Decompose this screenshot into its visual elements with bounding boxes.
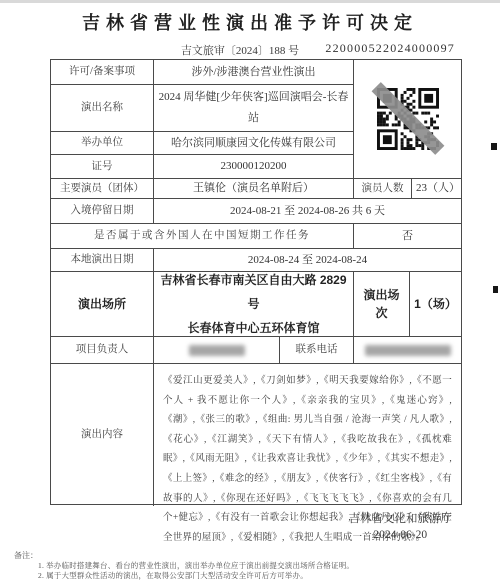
organizer-value: 哈尔滨同顺康园文化传媒有限公司: [153, 132, 353, 154]
organizer-label: 举办单位: [51, 132, 153, 154]
right-edge-artifact: [493, 286, 498, 293]
redaction-blur: [365, 345, 451, 356]
permit-item-label: 许可/备案事项: [51, 60, 153, 84]
content-value: 《爱江山更爱美人》,《刀剑如梦》,《明天我要嫁给你》,《不愿一个人 + 我不愿让…: [153, 364, 461, 506]
performer-count-label: 演员人数: [353, 179, 411, 198]
right-edge-artifact: [491, 143, 497, 150]
sessions-value: 1（场）: [409, 272, 461, 336]
sessions-label: 演出场次: [353, 272, 409, 336]
cert-no-value: 230000120200: [153, 155, 353, 178]
table-row: 许可/备案事项 涉外/涉港澳台营业性演出: [51, 60, 353, 84]
performers-label: 主要演员（团体）: [51, 179, 153, 198]
content-label: 演出内容: [51, 364, 153, 506]
table-row: 演出场所 吉林省长春市南关区自由大路 2829 号 长春体育中心五环体育馆 演出…: [51, 271, 461, 336]
page-title: 吉林省营业性演出准予许可决定: [0, 9, 500, 35]
table-row: 演出名称 2024 周华健[少年侠客]巡回演唱会-长春站: [51, 84, 353, 131]
show-name-value: 2024 周华健[少年侠客]巡回演唱会-长春站: [153, 85, 353, 131]
notes-label: 备注：: [14, 551, 354, 561]
venue-value: 吉林省长春市南关区自由大路 2829 号 长春体育中心五环体育馆: [153, 272, 353, 336]
table-row: 举办单位 哈尔滨同顺康园文化传媒有限公司: [51, 131, 353, 154]
performer-count-value: 23（人）: [411, 179, 461, 198]
foreign-task-value: 否: [353, 224, 461, 248]
cert-no-label: 证号: [51, 155, 153, 178]
notes-block: 备注： 1. 举办临时搭建舞台、看台的营业性演出，演出举办单位应于演出前提交演出…: [14, 551, 354, 581]
qr-code-cell: [353, 60, 461, 178]
permit-item-value: 涉外/涉港澳台营业性演出: [153, 60, 353, 84]
venue-label: 演出场所: [51, 272, 153, 336]
table-row: 入境停留日期 2024-08-21 至 2024-08-26 共 6 天: [51, 198, 461, 223]
local-dates-label: 本地演出日期: [51, 249, 153, 271]
note-item-1: 1. 举办临时搭建舞台、看台的营业性演出，演出举办单位应于演出前提交演出场所合格…: [38, 561, 354, 571]
note-item-2: 2. 属于大型群众性活动的演出，在取得公安部门大型活动安全许可后方可举办。: [38, 571, 354, 581]
table-row: 证号 230000120200: [51, 154, 353, 178]
venue-address-line1: 吉林省长春市南关区自由大路 2829 号: [158, 268, 349, 316]
table-row: 是否属于或含外国人在中国短期工作任务 否: [51, 223, 461, 248]
manager-label: 项目负责人: [51, 337, 153, 363]
serial-number: 220000522024000097: [325, 41, 455, 56]
foreign-task-label: 是否属于或含外国人在中国短期工作任务: [51, 224, 353, 248]
redaction-blur: [189, 345, 245, 356]
show-name-label: 演出名称: [51, 85, 153, 131]
issue-date: 2024-06-20: [349, 527, 453, 543]
table-row: 主要演员（团体） 王镇伦（演员名单附后） 演员人数 23（人）: [51, 178, 461, 198]
table-row: 项目负责人 联系电话: [51, 336, 461, 363]
screenshot-top-edge: [0, 0, 500, 3]
phone-label: 联系电话: [279, 337, 353, 363]
entry-dates-label: 入境停留日期: [51, 199, 153, 223]
qr-code-icon: [377, 88, 439, 150]
performers-value: 王镇伦（演员名单附后）: [153, 179, 353, 198]
entry-dates-value: 2024-08-21 至 2024-08-26 共 6 天: [153, 199, 461, 223]
permit-document-page: { "colors": { "ink": "#2b2b2b", "border"…: [0, 0, 500, 587]
signature-block: 吉林省文化和旅游厅 2024-06-20: [349, 511, 453, 543]
issuing-authority: 吉林省文化和旅游厅: [349, 511, 453, 527]
table-row: 演出内容 《爱江山更爱美人》,《刀剑如梦》,《明天我要嫁给你》,《不愿一个人 +…: [51, 363, 461, 506]
manager-value-redacted: [153, 337, 279, 363]
permit-table: 许可/备案事项 涉外/涉港澳台营业性演出 演出名称 2024 周华健[少年侠客]…: [50, 59, 462, 505]
phone-value-redacted: [353, 337, 461, 363]
document-number: 吉文旅审〔2024〕188 号: [140, 42, 340, 58]
